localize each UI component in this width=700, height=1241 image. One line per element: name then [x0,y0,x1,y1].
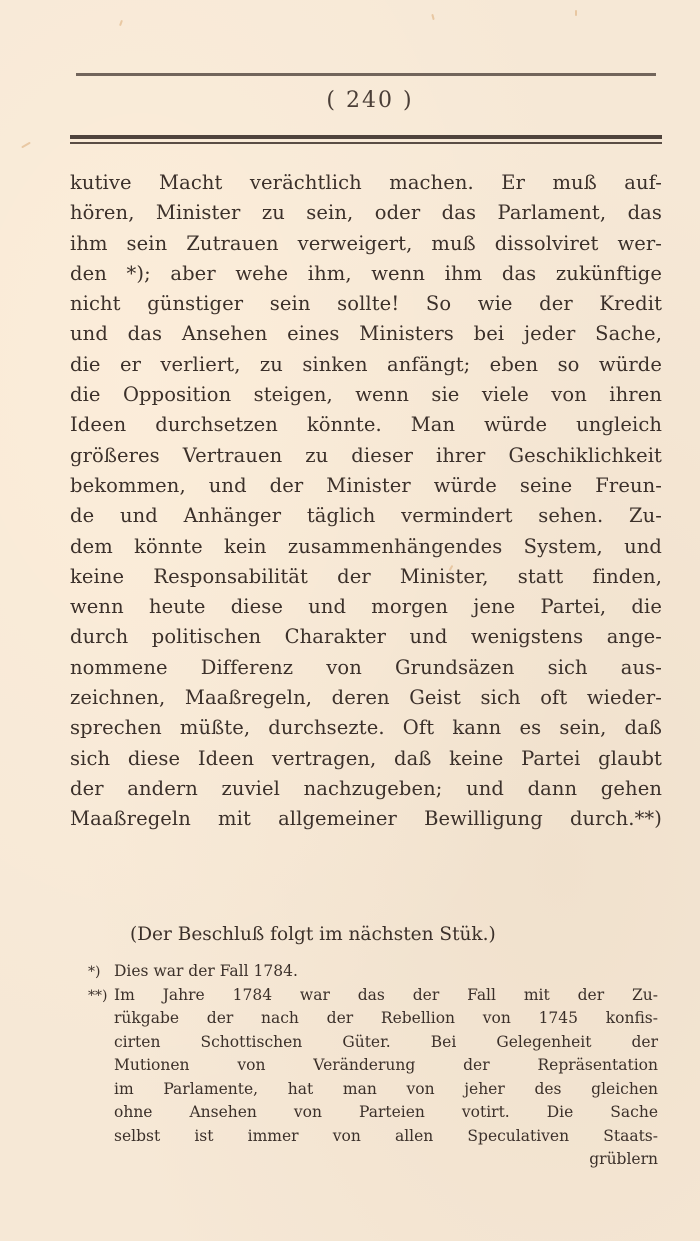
text-line: kutive Macht verächtlich machen. Er muß … [70,168,662,198]
rule-thick [70,135,662,139]
paper-speck [575,10,577,16]
footnote-marker: **) [88,985,114,1009]
text-line: wenn heute diese und morgen jene Partei,… [70,592,662,622]
footnote-2-line: ohne Ansehen von Parteien votirt. Die Sa… [88,1101,658,1125]
text-line: nommene Differenz von Grundsäzen sich au… [70,653,662,683]
paper-speck [21,142,31,149]
text-line: dem könnte kein zusammenhängendes System… [70,532,662,562]
catchword: grüblern [88,1148,658,1172]
rule-thin [70,142,662,144]
footnote-2-line: Mutionen von Veränderung der Repräsentat… [88,1054,658,1078]
footnote-2-line: **)Im Jahre 1784 war das der Fall mit de… [88,984,658,1008]
text-line: zeichnen, Maaßregeln, deren Geist sich o… [70,683,662,713]
paper-speck [431,14,434,20]
header-rule-double [70,135,662,145]
footnote-text: Im Jahre 1784 war das der Fall mit der Z… [114,986,658,1004]
text-line: Ideen durchsetzen könnte. Man würde ungl… [70,410,662,440]
footnote-2-line: cirten Schottischen Güter. Bei Gelegenhe… [88,1031,658,1055]
text-line: der andern zuviel nachzugeben; und dann … [70,774,662,804]
footnotes: *)Dies war der Fall 1784. **)Im Jahre 17… [88,960,658,1172]
text-line: bekommen, und der Minister würde seine F… [70,471,662,501]
text-line: sich diese Ideen vertragen, daß keine Pa… [70,744,662,774]
footnote-text: Dies war der Fall 1784. [114,962,298,980]
text-line: und das Ansehen eines Ministers bei jede… [70,319,662,349]
text-line: sprechen müßte, durchsezte. Oft kann es … [70,713,662,743]
footnote-2-line: rükgabe der nach der Rebellion von 1745 … [88,1007,658,1031]
body-text: kutive Macht verächtlich machen. Er muß … [70,168,662,835]
text-line: die Opposition steigen, wenn sie viele v… [70,380,662,410]
text-line: ihm sein Zutrauen verweigert, muß dissol… [70,229,662,259]
text-line: keine Responsabilität der Minister, stat… [70,562,662,592]
text-line: hören, Minister zu sein, oder das Parlam… [70,198,662,228]
footnote-2-line: selbst ist immer von allen Speculativen … [88,1125,658,1149]
text-line: de und Anhänger täglich vermindert sehen… [70,501,662,531]
text-line: den *); aber wehe ihm, wenn ihm das zukü… [70,259,662,289]
footnote-2-line: im Parlamente, hat man von jeher des gle… [88,1078,658,1102]
text-line: die er verliert, zu sinken anfängt; eben… [70,350,662,380]
continuation-note: (Der Beschluß folgt im nächsten Stük.) [130,924,570,945]
text-line: Maaßregeln mit allgemeiner Bewilligung d… [70,804,662,834]
text-line: größeres Vertrauen zu dieser ihrer Gesch… [70,441,662,471]
paper-speck [119,20,123,26]
header-rule-top [76,73,656,76]
text-line: nicht günstiger sein sollte! So wie der … [70,289,662,319]
page-number: ( 240 ) [0,88,700,113]
footnote-marker: *) [88,961,114,985]
text-line: durch politischen Charakter und wenigste… [70,622,662,652]
book-page: ( 240 ) kutive Macht verächtlich machen.… [0,0,700,1241]
footnote-1: *)Dies war der Fall 1784. [88,960,658,984]
